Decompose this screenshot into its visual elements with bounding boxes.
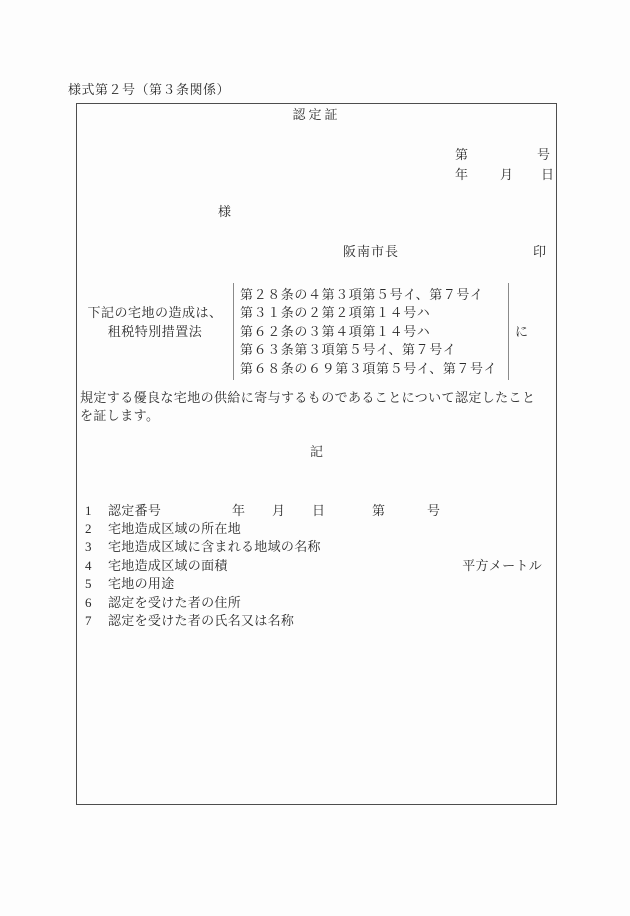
item1-number-prefix: 第 <box>372 504 385 517</box>
item1-day-label: 日 <box>312 504 325 517</box>
item-number: 5 <box>85 577 92 590</box>
item-label: 認定番号 <box>108 504 161 517</box>
item-label: 宅地造成区域の面積 <box>108 559 228 572</box>
item-label: 宅地造成区域に含まれる地域の名称 <box>108 540 321 553</box>
area-unit-label: 平方メートル <box>462 559 542 572</box>
articles-right-rule <box>508 283 509 380</box>
item-number: 3 <box>85 540 92 553</box>
list-item: 6 認定を受けた者の住所 <box>77 596 556 614</box>
statement-closing-line2: を証します。 <box>80 407 552 425</box>
statement-intro-line1: 下記の宅地の造成は、 <box>77 304 233 323</box>
list-item: 1 認定番号 年 月 日 第 号 <box>77 504 556 522</box>
law-article: 第２８条の４第３項第５号イ、第７号イ <box>240 286 508 304</box>
item-number: 6 <box>85 596 92 609</box>
item1-number-suffix: 号 <box>427 504 440 517</box>
form-number-label: 様式第２号（第３条関係） <box>68 83 230 96</box>
item1-year-label: 年 <box>232 504 245 517</box>
statement-closing-line1: 規定する優良な宅地の供給に寄与するものであることについて認定したこと <box>80 389 552 407</box>
certificate-title: 認定証 <box>77 108 556 121</box>
seal-mark: 印 <box>533 245 546 258</box>
law-article: 第６８条の６９第３項第５号イ、第７号イ <box>240 360 508 378</box>
articles-left-rule <box>233 283 234 380</box>
item-number: 1 <box>85 504 92 517</box>
item-number: 7 <box>85 614 92 627</box>
statement-intro: 下記の宅地の造成は、 租税特別措置法 <box>77 304 233 341</box>
cert-date-day-label: 日 <box>541 168 554 181</box>
addressee-honorific: 様 <box>218 205 231 218</box>
list-item: 7 認定を受けた者の氏名又は名称 <box>77 614 556 632</box>
document-page: 様式第２号（第３条関係） 認定証 第 号 年 月 日 様 阪南市長 印 下記の宅… <box>0 0 630 916</box>
item-label: 宅地造成区域の所在地 <box>108 522 241 535</box>
item-label: 宅地の用途 <box>108 577 175 590</box>
cert-number-suffix: 号 <box>537 148 550 161</box>
cert-number-prefix: 第 <box>455 148 468 161</box>
list-item: 2 宅地造成区域の所在地 <box>77 522 556 540</box>
law-article: 第３１条の２第２項第１４号ハ <box>240 304 508 322</box>
item-label: 認定を受けた者の氏名又は名称 <box>108 614 294 627</box>
list-item: 4 宅地造成区域の面積 平方メートル <box>77 559 556 577</box>
ki-heading: 記 <box>77 445 556 458</box>
certificate-box: 認定証 第 号 年 月 日 様 阪南市長 印 下記の宅地の造成は、 租税特別措置… <box>76 103 557 805</box>
list-item: 3 宅地造成区域に含まれる地域の名称 <box>77 540 556 558</box>
cert-date-month-label: 月 <box>500 168 513 181</box>
item-number: 4 <box>85 559 92 572</box>
particle-ni: に <box>515 325 528 338</box>
item-number: 2 <box>85 522 92 535</box>
statement-closing: 規定する優良な宅地の供給に寄与するものであることについて認定したこと を証します… <box>80 389 552 426</box>
statement-intro-line2: 租税特別措置法 <box>77 323 233 342</box>
issuer-name: 阪南市長 <box>343 245 399 258</box>
law-article: 第６２条の３第４項第１４号ハ <box>240 323 508 341</box>
cert-date-year-label: 年 <box>455 168 468 181</box>
law-article: 第６３条第３項第５号イ、第７号イ <box>240 341 508 359</box>
item1-month-label: 月 <box>272 504 285 517</box>
law-articles-list: 第２８条の４第３項第５号イ、第７号イ 第３１条の２第２項第１４号ハ 第６２条の３… <box>240 286 508 378</box>
item-label: 認定を受けた者の住所 <box>108 596 241 609</box>
list-item: 5 宅地の用途 <box>77 577 556 595</box>
